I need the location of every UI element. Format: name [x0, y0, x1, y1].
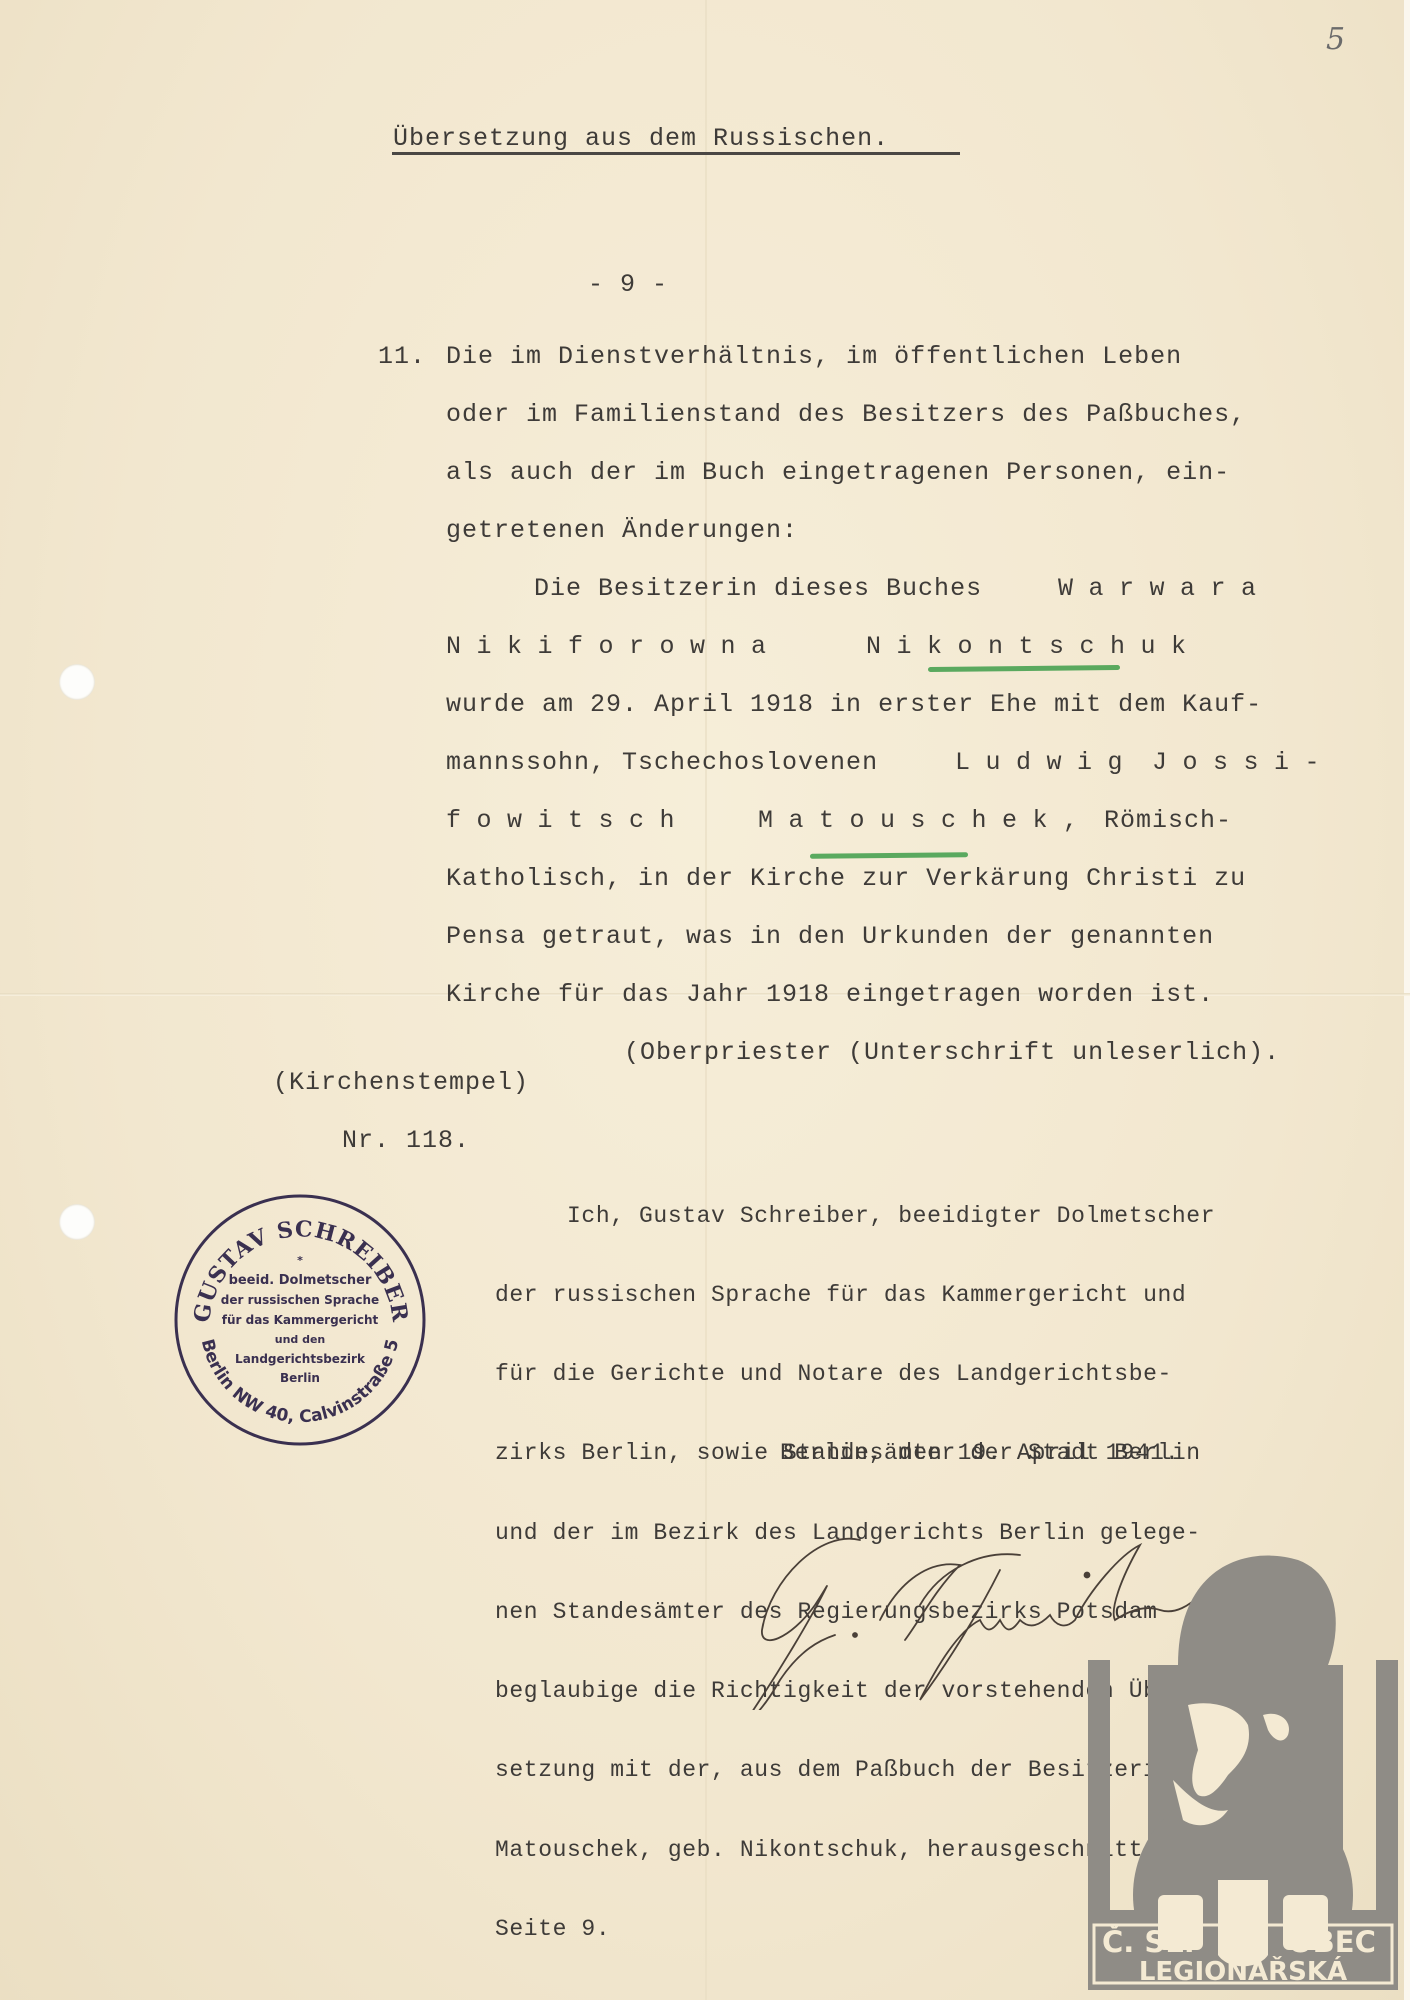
- handwritten-page-number: 5: [1326, 22, 1345, 57]
- name-warwara: Warwara: [1058, 574, 1272, 603]
- cert-line: für die Gerichte und Notare des Landgeri…: [495, 1361, 1215, 1387]
- title-underline: [392, 152, 960, 155]
- stamp-line: beeid. Dolmetscher: [229, 1273, 372, 1288]
- name-fowitsch: fowitsch: [446, 806, 690, 835]
- body-line: Die Besitzerin dieses Buches: [534, 574, 982, 603]
- watermark-text-legionarska: LEGIONÁŘSKÁ: [1139, 1955, 1347, 1987]
- page-marker: - 9 -: [588, 270, 668, 299]
- document-title: Übersetzung aus dem Russischen.: [393, 124, 889, 153]
- green-underline-highlight: [810, 852, 968, 859]
- name-nikiforowna: Nikiforowna: [446, 632, 782, 661]
- stamp-line: Landgerichtsbezirk: [235, 1352, 366, 1366]
- watermark-text-csl: Č. SL.: [1102, 1925, 1195, 1959]
- body-line: Kirche für das Jahr 1918 eingetragen wor…: [446, 980, 1214, 1009]
- stamp-line: und den: [275, 1333, 326, 1346]
- paragraph-line: oder im Familienstand des Besitzers des …: [446, 400, 1246, 429]
- punch-hole-icon: [59, 664, 95, 700]
- stamp-line: *: [297, 1254, 303, 1267]
- priest-note: (Oberpriester (Unterschrift unleserlich)…: [624, 1038, 1280, 1067]
- green-underline-highlight: [928, 665, 1120, 672]
- cert-line: der russischen Sprache für das Kammerger…: [495, 1282, 1215, 1308]
- stamp-line: für das Kammergericht: [222, 1313, 379, 1327]
- name-jossi: Jossi-: [1152, 748, 1335, 777]
- legion-watermark-logo-icon: Č. SL. OBEC LEGIONÁŘSKÁ: [1088, 1525, 1398, 1990]
- body-line: Römisch-: [1104, 806, 1232, 835]
- register-number: Nr. 118.: [342, 1126, 470, 1155]
- stamp-line: Berlin: [280, 1371, 320, 1385]
- cert-line: Ich, Gustav Schreiber, beeidigter Dolmet…: [495, 1203, 1215, 1229]
- translator-stamp-icon: GUSTAV SCHREIBER Berlin NW 40, Calvinstr…: [172, 1192, 428, 1448]
- paragraph-line: Die im Dienstverhältnis, im öffentlichen…: [446, 342, 1182, 371]
- watermark-text-obec: OBEC: [1288, 1925, 1376, 1959]
- body-line: mannssohn, Tschechoslovenen: [446, 748, 878, 777]
- paragraph-line: als auch der im Buch eingetragenen Perso…: [446, 458, 1230, 487]
- paper-edge: [1404, 0, 1410, 2000]
- name-matouschek: Matouschek,: [758, 806, 1094, 835]
- church-stamp-note: (Kirchenstempel): [273, 1068, 529, 1097]
- section-number: 11.: [378, 342, 426, 371]
- document-page: 5 Übersetzung aus dem Russischen. - 9 - …: [0, 0, 1410, 2000]
- paragraph-line: getretenen Änderungen:: [446, 516, 798, 545]
- body-line: wurde am 29. April 1918 in erster Ehe mi…: [446, 690, 1262, 719]
- body-line: Katholisch, in der Kirche zur Verkärung …: [446, 864, 1246, 893]
- svg-text:GUSTAV SCHREIBER: GUSTAV SCHREIBER: [189, 1216, 413, 1324]
- stamp-ring-top: GUSTAV SCHREIBER: [189, 1216, 413, 1324]
- punch-hole-icon: [59, 1204, 95, 1240]
- name-nikontschuk: Nikontschuk: [866, 632, 1202, 661]
- name-ludwig: Ludwig: [955, 748, 1138, 777]
- stamp-line: der russischen Sprache: [221, 1293, 379, 1307]
- place-date: Berlin, den 19. April 1941.: [780, 1440, 1180, 1466]
- body-line: Pensa getraut, was in den Urkunden der g…: [446, 922, 1214, 951]
